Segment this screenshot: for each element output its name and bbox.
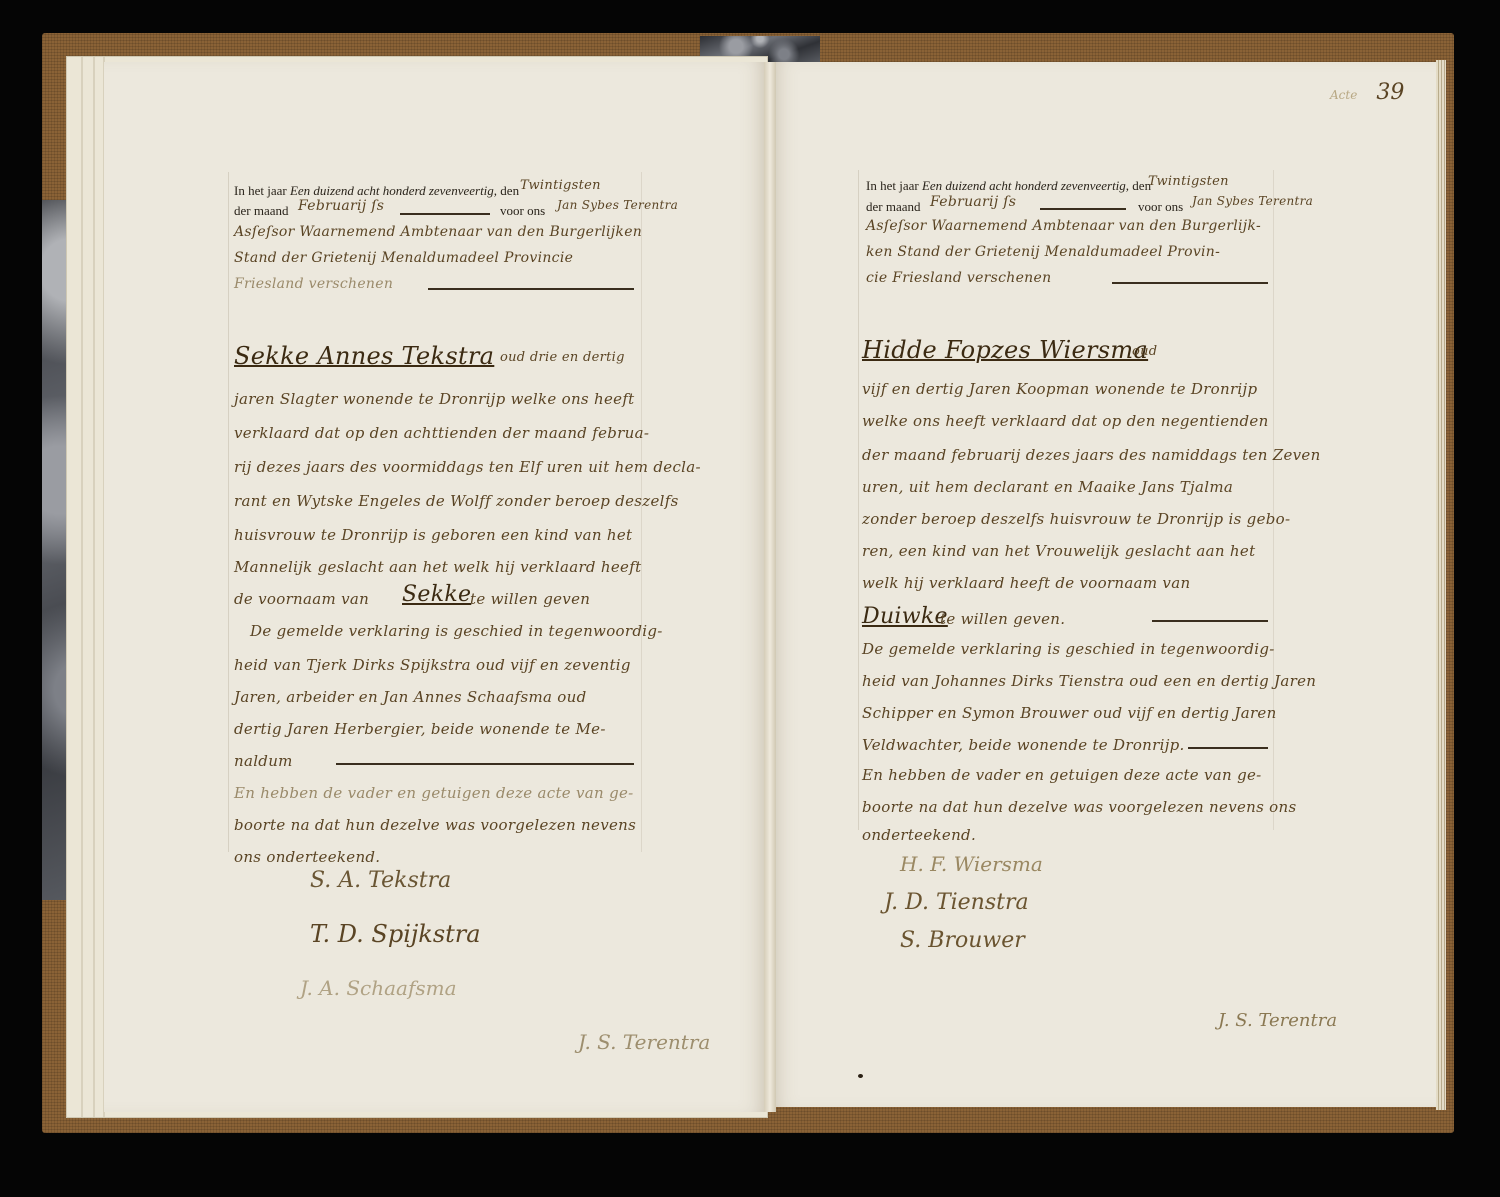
right-body-line-7: welk hij verklaard heeft de voornaam van	[862, 574, 1190, 592]
left-signature-witness-2: J. A. Schaafsma	[300, 976, 457, 1000]
left-body-line-0: oud drie en dertig	[500, 350, 625, 365]
right-signature-witness-1: J. D. Tienstra	[884, 890, 1029, 915]
left-body-line-7: de voornaam van	[234, 590, 369, 608]
left-child-suffix: te willen geven	[470, 590, 590, 608]
right-declarant-name: Hidde Fopzes Wiersma	[862, 336, 1148, 364]
left-signature-father: S. A. Tekstra	[310, 868, 451, 893]
left-closing-line-2: ons onderteekend.	[234, 848, 380, 866]
left-hand-month: Februarij ſs	[298, 198, 384, 214]
left-witness-line-1: heid van Tjerk Dirks Spijkstra oud vijf …	[234, 656, 631, 674]
folio-page-number: 39	[1376, 80, 1404, 105]
left-printed-line1: In het jaar Een duizend acht honderd zev…	[234, 183, 519, 199]
right-body-line-5: zonder beroep deszelfs huisvrouw te Dron…	[862, 510, 1290, 528]
right-witness-line-2: Schipper en Symon Brouwer oud vijf en de…	[862, 704, 1277, 722]
left-witness-line-0: De gemelde verklaring is geschied in teg…	[250, 622, 663, 640]
left-signature-official: J. S. Terentra	[578, 1030, 710, 1054]
right-line-2: ken Stand der Grietenij Menaldumadeel Pr…	[866, 244, 1220, 260]
left-hand-official: Jan Sybes Terentra	[557, 198, 678, 212]
left-hand-day: Twintigsten	[520, 178, 601, 193]
left-closing-line-1: boorte na dat hun dezelve was voorgeleze…	[234, 816, 636, 834]
right-signature-witness-2: S. Brouwer	[900, 928, 1025, 953]
right-body-line-3: der maand februarij dezes jaars des nami…	[862, 446, 1321, 464]
right-hand-official: Jan Sybes Terentra	[1192, 194, 1313, 208]
right-hand-month: Februarij ſs	[930, 194, 1016, 210]
left-body-line-5: huisvrouw te Dronrijp is geboren een kin…	[234, 526, 632, 544]
right-line-1: Asſeſsor Waarnemend Ambtenaar van den Bu…	[866, 218, 1261, 234]
left-declarant-name: Sekke Annes Tekstra	[234, 342, 494, 370]
right-closing-line-1: boorte na dat hun dezelve was voorgeleze…	[862, 798, 1296, 816]
right-body-line-4: uren, uit hem declarant en Maaike Jans T…	[862, 478, 1233, 496]
right-signature-official: J. S. Terentra	[1218, 1010, 1337, 1031]
folio-stamp: Acte	[1330, 88, 1357, 102]
right-body-line-0: oud	[1132, 344, 1157, 359]
left-body-line-6: Mannelijk geslacht aan het welk hij verk…	[234, 558, 641, 576]
left-closing-line-0: En hebben de vader en getuigen deze acte…	[234, 784, 634, 802]
left-witness-line-4: naldum	[234, 752, 293, 770]
right-body-line-1: vijf en dertig Jaren Koopman wonende te …	[862, 380, 1257, 398]
left-body-line-4: rant en Wytske Engeles de Wolff zonder b…	[234, 492, 679, 510]
right-witness-line-1: heid van Johannes Dirks Tienstra oud een…	[862, 672, 1316, 690]
right-line-3: cie Friesland verschenen	[866, 270, 1051, 286]
right-closing-line-2: onderteekend.	[862, 826, 976, 844]
right-record-box	[858, 170, 1274, 830]
left-witness-line-2: Jaren, arbeider en Jan Annes Schaafsma o…	[234, 688, 587, 706]
right-printed-month-label: der maand	[866, 199, 921, 215]
left-line-1: Asſeſsor Waarnemend Ambtenaar van den Bu…	[234, 224, 642, 240]
left-witness-line-3: dertig Jaren Herbergier, beide wonende t…	[234, 720, 606, 738]
left-signature-witness-1: T. D. Spijkstra	[310, 920, 481, 948]
folio-number: Acte 39	[1330, 80, 1404, 105]
left-body-line-1: jaren Slagter wonende te Dronrijp welke …	[234, 390, 635, 408]
right-body-line-6: ren, een kind van het Vrouwelijk geslach…	[862, 542, 1255, 560]
right-child-name: Duiwke	[862, 604, 948, 629]
left-line-2: Stand der Grietenij Menaldumadeel Provin…	[234, 250, 573, 266]
right-closing-line-0: En hebben de vader en getuigen deze acte…	[862, 766, 1262, 784]
left-child-name: Sekke	[402, 582, 471, 607]
right-body-line-2: welke ons heeft verklaard dat op den neg…	[862, 412, 1269, 430]
page-stack-right	[1436, 60, 1446, 1110]
right-child-suffix: te willen geven.	[940, 610, 1065, 628]
left-record-box	[228, 172, 642, 852]
right-printed-voor-ons: voor ons	[1138, 199, 1183, 215]
left-printed-month-label: der maand	[234, 203, 289, 219]
right-signature-father: H. F. Wiersma	[900, 852, 1043, 876]
right-witness-line-0: De gemelde verklaring is geschied in teg…	[862, 640, 1275, 658]
book-gutter	[764, 62, 776, 1112]
right-printed-line1: In het jaar Een duizend acht honderd zev…	[866, 178, 1151, 194]
right-witness-line-3: Veldwachter, beide wonende te Dronrijp.	[862, 736, 1185, 754]
left-body-line-2: verklaard dat op den achttienden der maa…	[234, 424, 649, 442]
left-body-line-3: rij dezes jaars des voormiddags ten Elf …	[234, 458, 701, 476]
right-hand-day: Twintigsten	[1148, 174, 1229, 189]
left-printed-voor-ons: voor ons	[500, 203, 545, 219]
left-line-3: Friesland verschenen	[234, 276, 393, 292]
